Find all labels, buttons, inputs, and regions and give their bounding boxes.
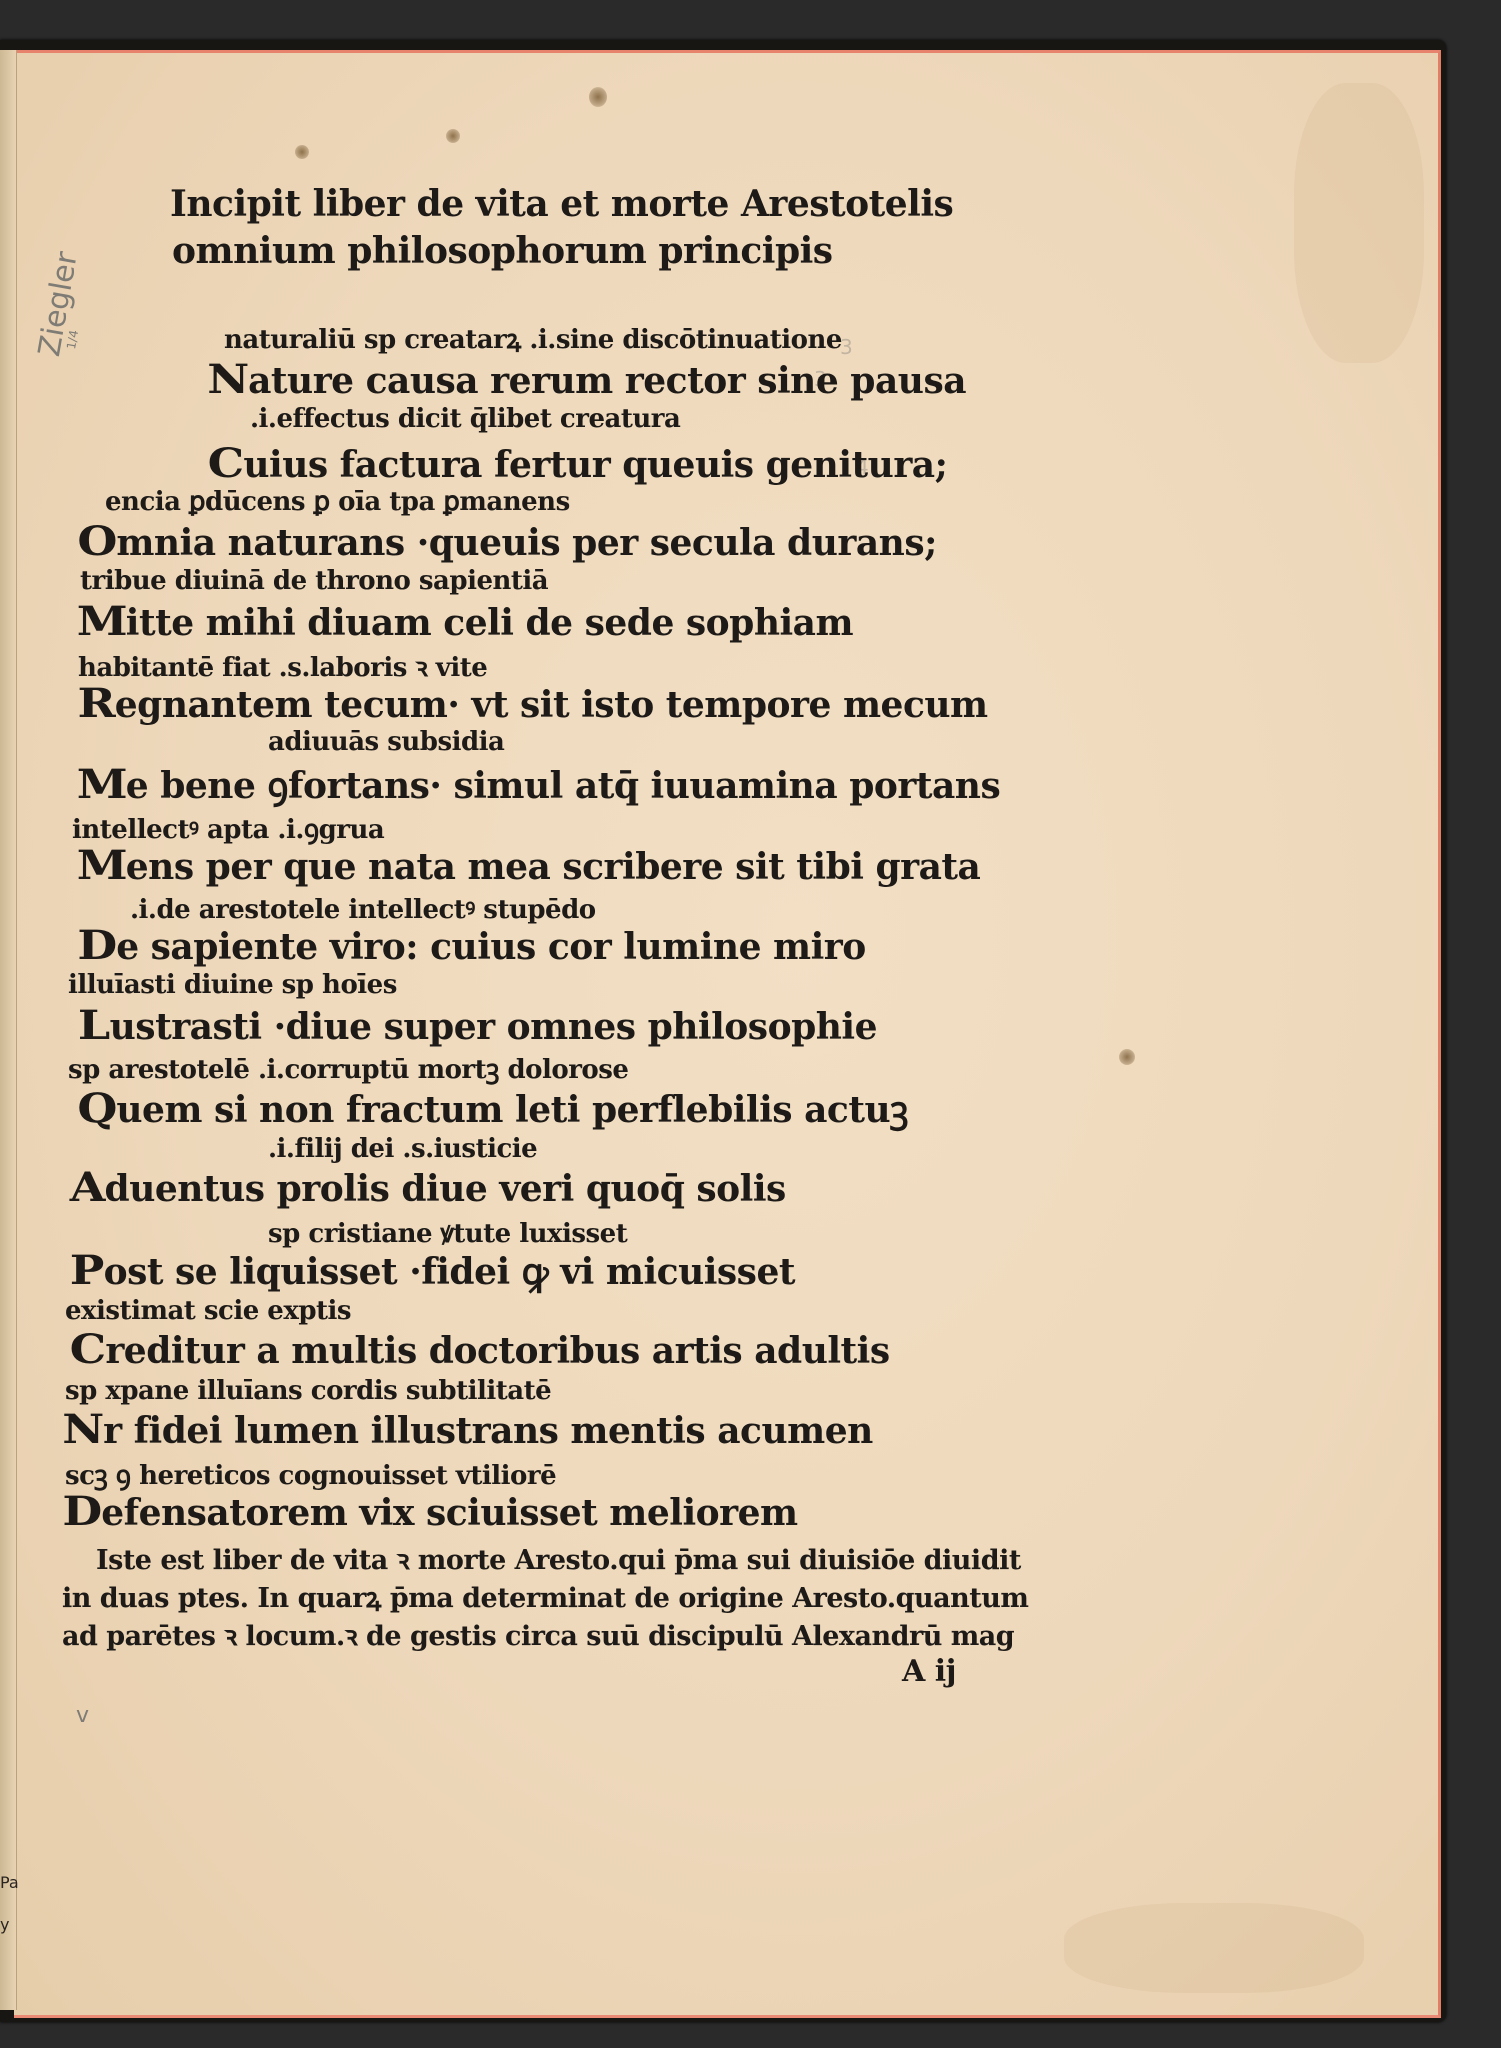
verse-line: Aduentus prolis diue veri quoq̄ solis (72, 1164, 786, 1211)
initial-letter: M (77, 761, 127, 808)
gloss-line: adiuuās subsidia (268, 727, 504, 757)
ink-spot (446, 129, 460, 143)
initial-letter: D (77, 922, 116, 969)
gloss-line: .i.effectus dicit q̄libet creatura (250, 404, 680, 434)
colophon-line: ad parētes ꝛ locum.ꝛ de gestis circa suū… (62, 1616, 1014, 1653)
gloss-line: illuīasti diuine sp hoīes (68, 970, 397, 1000)
water-stain (1294, 83, 1424, 363)
verse-line: Mens per que nata mea scribere sit tibi … (80, 842, 980, 889)
initial-letter: M (77, 842, 127, 889)
verse-line: Mitte mihi diuam celi de sede sophiam (80, 598, 853, 645)
initial-letter: M (77, 598, 127, 645)
ink-spot (589, 87, 607, 107)
pencil-note-small: 1/4 (64, 329, 81, 350)
gloss-line: .i.de arestotele intellectꝰ stupēdo (130, 890, 596, 926)
heading-line-2: omnium philosophorum principis (172, 230, 833, 272)
initial-letter: C (208, 440, 244, 487)
verse-line: Me bene ꝯfortans· simul atq̄ iuuamina po… (80, 760, 1000, 809)
verse-line: Regnantem tecum· vt sit isto tempore mec… (80, 680, 988, 727)
gloss-line: naturaliū sp creatarꝝ .i.sine discōtinua… (224, 320, 842, 356)
initial-letter: O (77, 518, 116, 565)
verse-line: Nature causa rerum rector sine pausa (210, 356, 966, 403)
initial-letter: Q (77, 1085, 116, 1132)
gloss-line: sp arestotelē .i.corruptū mortꝫ dolorose (68, 1050, 628, 1086)
initial-letter: A (70, 1164, 105, 1211)
initial-letter: N (207, 356, 248, 403)
signature-mark: A ij (902, 1654, 956, 1689)
verse-line: De sapiente viro: cuius cor lumine miro (80, 922, 866, 969)
verse-line: Cuius factura fertur queuis genitura; (210, 440, 947, 487)
heading-line-1: Incipit liber de vita et morte Arestotel… (170, 183, 953, 225)
previous-leaf-edge (0, 50, 17, 2010)
verse-line: Omnia naturans ·queuis per secula durans… (80, 518, 937, 565)
verse-line: Creditur a multis doctoribus artis adult… (72, 1326, 890, 1373)
prev-leaf-fragment: y (0, 1915, 9, 1934)
gloss-line: scꝫ ꝯ hereticos cognouisset vtiliorē (65, 1456, 556, 1492)
initial-letter: R (78, 680, 116, 727)
verse-line: Nr fidei lumen illustrans mentis acumen (65, 1406, 873, 1453)
gloss-line: habitantē fiat .s.laboris ꝛ vite (78, 648, 487, 684)
gloss-line: .i.filij dei .s.iusticie (268, 1134, 537, 1164)
gloss-line: intellectꝰ apta .i.ꝯgrua (72, 810, 384, 846)
verse-line: Quem si non fractum leti perflebilis act… (80, 1084, 908, 1133)
pencil-note-bottom: v (76, 1703, 89, 1728)
ink-spot (295, 145, 309, 159)
gloss-line: sp cristiane ꝟtute luxisset (268, 1214, 627, 1250)
gloss-line: tribue diuinā de throno sapientiā (80, 566, 548, 596)
gloss-line: encia ꝑdūcens ꝑ oīa tpa ꝑmanens (105, 487, 570, 517)
water-stain (1064, 1903, 1364, 1993)
colophon-line: Iste est liber de vita ꝛ morte Aresto.qu… (96, 1540, 1021, 1577)
gloss-line: sp xpane illuīans cordis subtilitatē (65, 1376, 551, 1406)
initial-letter: D (62, 1488, 101, 1535)
verse-line: Defensatorem vix sciuisset meliorem (65, 1488, 798, 1535)
initial-letter: C (70, 1326, 106, 1373)
verse-line: Lustrasti ·diue super omnes philosophie (80, 1002, 877, 1049)
prev-leaf-fragment: Pa (0, 1873, 19, 1892)
ink-spot (1119, 1049, 1135, 1065)
initial-letter: L (78, 1002, 110, 1049)
gloss-line: existimat scie exptis (65, 1296, 351, 1326)
initial-letter: N (62, 1406, 103, 1453)
initial-letter: P (70, 1247, 104, 1294)
verse-line: Post se liquisset ·fidei ꝙ vi micuisset (72, 1246, 795, 1295)
colophon-line: in duas ptes. In quarꝝ p̄ma determinat d… (62, 1578, 1028, 1615)
